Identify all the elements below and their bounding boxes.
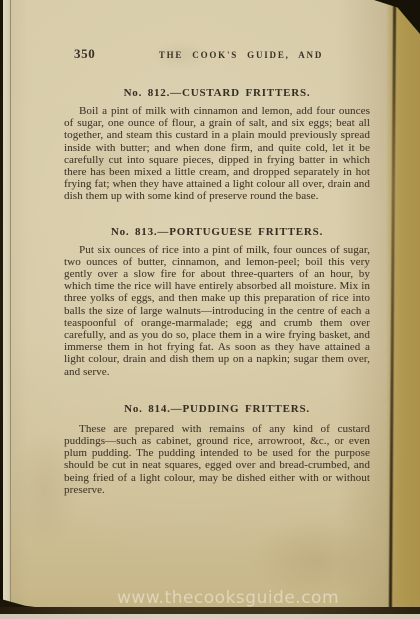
scanned-book-photo: 350 THE COOK'S GUIDE, AND No. 812.—CUSTA… [0, 0, 420, 619]
recipe-body-812: Boil a pint of milk with cinnamon and le… [64, 105, 370, 203]
running-head-row: 350 THE COOK'S GUIDE, AND [64, 46, 370, 62]
printed-page-content: 350 THE COOK'S GUIDE, AND No. 812.—CUSTA… [64, 46, 370, 496]
recipe-body-813: Put six ounces of rice into a pint of mi… [64, 244, 370, 378]
recipe-heading-812: No. 812.—CUSTARD FRITTERS. [64, 87, 370, 99]
page-bottom-shadow [0, 607, 420, 614]
recipe-heading-814: No. 814.—PUDDING FRITTERS. [64, 403, 370, 415]
page-number: 350 [64, 46, 128, 62]
page-bottom-edge [0, 614, 420, 619]
recipe-heading-813: No. 813.—PORTUGUESE FRITTERS. [64, 226, 370, 238]
recipe-body-814: These are prepared with remains of any k… [64, 423, 370, 496]
running-header: THE COOK'S GUIDE, AND [128, 50, 346, 60]
website-watermark: www.thecooksguide.com [36, 588, 420, 608]
page-edge-left [3, 0, 11, 619]
